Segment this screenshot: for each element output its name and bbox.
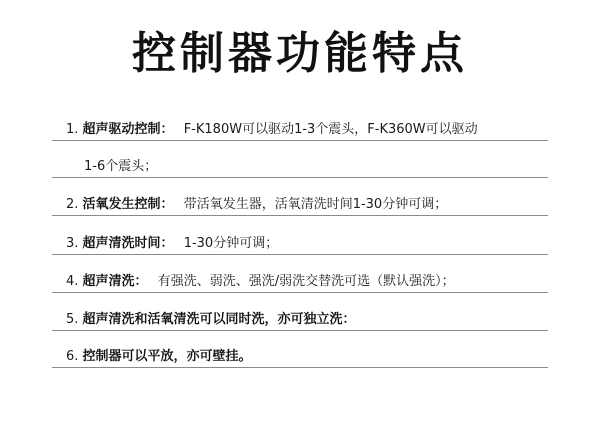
feature-number: 4. <box>66 274 78 289</box>
feature-text: 有强洗、弱洗、强洗/弱洗交替洗可选（默认强洗）； <box>158 274 455 289</box>
page-title: 控制器功能特点 <box>0 26 600 82</box>
feature-heading: 超声驱动控制： <box>83 122 174 137</box>
feature-text: 带活氧发生器，活氧清洗时间1-30分钟可调； <box>184 197 448 212</box>
rule-line <box>52 330 548 331</box>
feature-number: 5. <box>66 312 78 327</box>
feature-text: 1-6个震头； <box>84 159 157 174</box>
rule-line <box>52 140 548 141</box>
feature-item-6: 6. 控制器可以平放，亦可壁挂。 <box>66 349 556 365</box>
feature-heading: 超声清洗： <box>83 274 148 289</box>
feature-item-1-continued: 1-6个震头； <box>84 159 574 175</box>
rule-line <box>52 367 548 368</box>
feature-heading: 控制器可以平放，亦可壁挂。 <box>83 349 252 364</box>
feature-item-2: 2. 活氧发生控制： 带活氧发生器，活氧清洗时间1-30分钟可调； <box>66 197 556 213</box>
feature-item-1: 1. 超声驱动控制： F-K180W可以驱动1-3个震头，F-K360W可以驱动 <box>66 122 556 138</box>
feature-item-4: 4. 超声清洗： 有强洗、弱洗、强洗/弱洗交替洗可选（默认强洗）； <box>66 274 556 290</box>
feature-number: 3. <box>66 236 78 251</box>
feature-number: 6. <box>66 349 78 364</box>
rule-line <box>52 177 548 178</box>
feature-number: 2. <box>66 197 78 212</box>
feature-text: F-K180W可以驱动1-3个震头，F-K360W可以驱动 <box>184 122 478 137</box>
rule-line <box>52 292 548 293</box>
feature-heading: 超声清洗和活氧清洗可以同时洗，亦可独立洗： <box>83 312 356 327</box>
feature-item-5: 5. 超声清洗和活氧清洗可以同时洗，亦可独立洗： <box>66 312 556 328</box>
feature-heading: 活氧发生控制： <box>83 197 174 212</box>
feature-number: 1. <box>66 122 78 137</box>
rule-line <box>52 215 548 216</box>
feature-heading: 超声清洗时间： <box>83 236 174 251</box>
feature-text: 1-30分钟可调； <box>184 236 279 251</box>
feature-item-3: 3. 超声清洗时间： 1-30分钟可调； <box>66 236 556 252</box>
rule-line <box>52 254 548 255</box>
